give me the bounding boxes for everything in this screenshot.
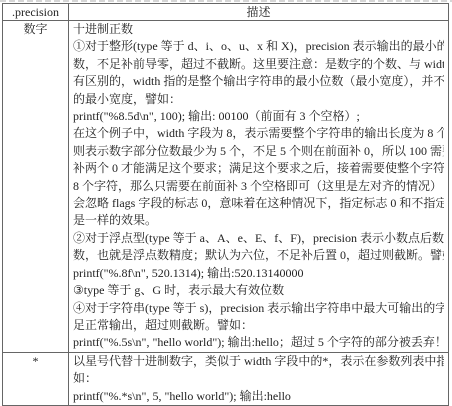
row-key-digits: 数字 [3, 21, 69, 353]
desc-line: 十进制正数 [73, 21, 444, 38]
code-example-line: printf("%.8f\n", 520.1314); 输出:520.13140… [73, 265, 444, 282]
desc-line: 会忽略 flags 字段的标志 0，意味着在这种情况下，指定标志 0 和不指定标… [73, 195, 444, 212]
cropped-previous-text [0, 0, 452, 2]
desc-line: ①对于整形(type 等于 d、i、o、u、x 和 X)，precision 表… [73, 38, 444, 55]
desc-line: 补两个 0 才能满足这个要求；满足这个要求之后，接着需要使整个字符串长度为 [73, 160, 444, 177]
desc-line: 足正常输出，超过则截断。譬如： [73, 317, 444, 334]
desc-line: 在这个例子中，width 字段为 8，表示需要整个字符串的输出长度为 8 个字符… [73, 125, 444, 142]
code-example-line: printf("%8.5d\n", 100); 输出: 00100（前面有 3 … [73, 108, 444, 125]
desc-line: ③type 等于 g、G 时，表示最大有效位数 [73, 282, 444, 299]
desc-line: 则表示数字部分位数最少为 5 个，不足 5 个则在前面补 0，所以 100 需要… [73, 143, 444, 160]
desc-line: 数，也就是浮点数精度；默认为六位，不足补后置 0，超过则截断。譬如： [73, 247, 444, 264]
table-row-asterisk: * 以星号代替十进制数字，类似于 width 字段中的*，表示在参数列表中指定；… [3, 352, 449, 365]
code-example-line: printf("%.5s\n", "hello world"); 输出:hell… [73, 334, 444, 351]
desc-line: 的最小宽度，譬如： [73, 91, 444, 108]
desc-line: ④对于字符串(type 等于 s)，precision 表示输出字符串中最大可输… [73, 300, 444, 317]
precision-spec-table: .precision 描述 数字 十进制正数 ①对于整形(type 等于 d、i… [2, 3, 449, 365]
row-desc-asterisk: 以星号代替十进制数字，类似于 width 字段中的*，表示在参数列表中指定；譬 … [69, 352, 449, 365]
row-desc-digits: 十进制正数 ①对于整形(type 等于 d、i、o、u、x 和 X)，preci… [69, 21, 449, 353]
table-row-digits: 数字 十进制正数 ①对于整形(type 等于 d、i、o、u、x 和 X)，pr… [3, 21, 449, 353]
table-header-row: .precision 描述 [3, 4, 449, 21]
desc-line: 有区别的，width 指的是整个输出字符串的最小位数（最小宽度），并不是数字 [73, 73, 444, 90]
desc-line: 8 个字符，那么只需要在前面补 3 个空格即可（这里是左对齐的情况）！ [73, 178, 444, 195]
row-key-asterisk: * [3, 352, 69, 365]
desc-line: 是一样的效果。 [73, 212, 444, 229]
header-description: 描述 [69, 4, 449, 21]
desc-line: 以星号代替十进制数字，类似于 width 字段中的*，表示在参数列表中指定；譬 [73, 353, 444, 365]
desc-line: 数，不足补前导零，超过不截断。这里要注意：是数字的个数、与 width 字段是 [73, 56, 444, 73]
desc-line: ②对于浮点型(type 等于 a、A、e、E、f、F)，precision 表示… [73, 230, 444, 247]
header-precision: .precision [3, 4, 69, 21]
